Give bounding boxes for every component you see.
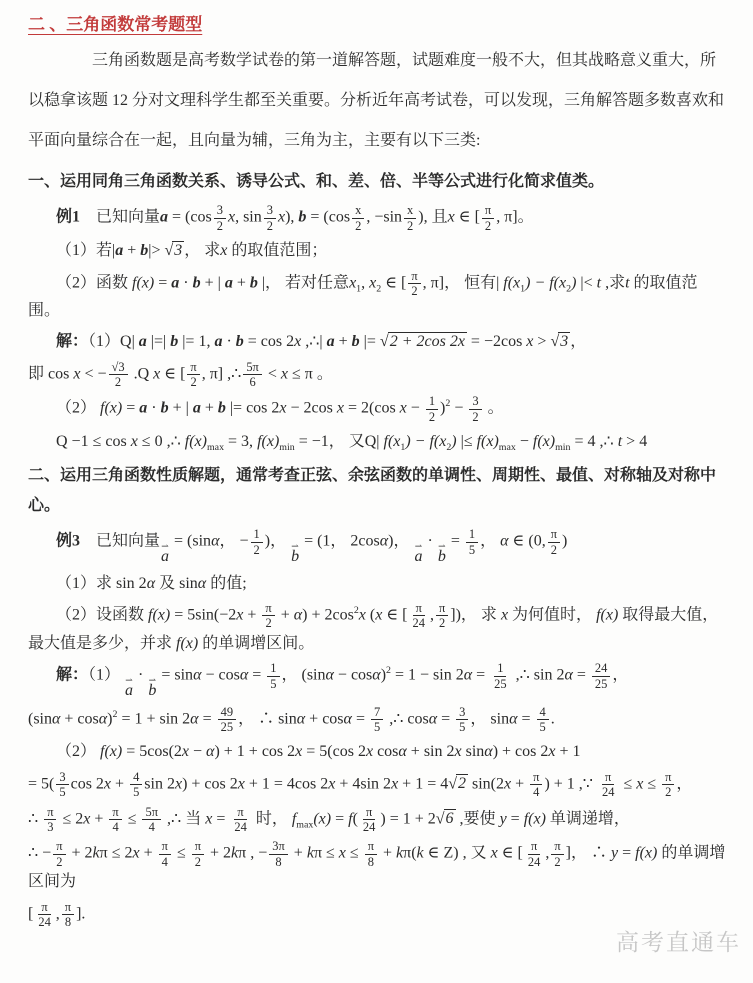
example3-solution2a: （2） f(x) = 5cos(2x − α) + 1 + cos 2x = 5…	[28, 739, 727, 765]
page-title: 二 、三角函数常考题型	[28, 10, 727, 35]
example1-question2: （2）函数 f(x) = a · b + | a + b |， 若对任意x1, …	[28, 269, 727, 324]
example3-solution1b: (sinα + cosα)2 = 1 + sin 2α = 4925， ∴ si…	[28, 705, 727, 735]
example1-solution1a: 解：（1）Q| a |=| b |= 1, a · b = cos 2x ,∴|…	[28, 329, 727, 355]
example1-question1: （1）若|a + b|> √3， 求x 的取值范围；	[28, 238, 727, 264]
example3-solution2c: ∴ π3 ≤ 2x + π4 ≤ 5π4 ,∴ 当 x = π24 时， fma…	[28, 805, 727, 835]
example3-question1: （1）求 sin 2α 及 sinα 的值;	[28, 571, 727, 597]
section1-heading: 一、运用同角三角函数关系、诱导公式、和、差、倍、半等公式进行化简求值类。	[28, 167, 727, 197]
document-page: 二 、三角函数常考题型 三角函数题是高考数学试卷的第一道解答题，试题难度一般不大…	[0, 0, 753, 983]
example3-statement: 例3 已知向量⇀a = (sinα， −12)， ⇀b = (1， 2cosα)…	[28, 527, 727, 565]
watermark: 高考直通车	[616, 924, 741, 957]
example1-solution2a: （2） f(x) = a · b + | a + b |= cos 2x − 2…	[28, 394, 727, 424]
example3-solution2b: = 5(35cos 2x + 45sin 2x) + cos 2x + 1 = …	[28, 770, 727, 800]
section2-heading: 二、运用三角函数性质解题，通常考查正弦、余弦函数的单调性、周期性、最值、对称轴及…	[28, 461, 727, 522]
example3-solution2d: ∴ −π2 + 2kπ ≤ 2x + π4 ≤ π2 + 2kπ , −3π8 …	[28, 839, 727, 894]
example1-solution1b: 即 cos x < −√32 .Q x ∈ [π2, π] ,∴5π6 < x …	[28, 360, 727, 390]
example1-statement: 例1 已知向量a = (cos32x, sin32x), b = (cosx2,…	[28, 203, 727, 233]
example3-question2: （2）设函数 f(x) = 5sin(−2x + π2 + α) + 2cos2…	[28, 601, 727, 656]
intro-paragraph: 三角函数题是高考数学试卷的第一道解答题，试题难度一般不大，但其战略意义重大，所以…	[28, 41, 727, 161]
example3-solution1a: 解：（1） ⇀a · ⇀b = sinα − cosα = 15， (sinα …	[28, 661, 727, 699]
example1-solution2b: Q −1 ≤ cos x ≤ 0 ,∴ f(x)max = 3, f(x)min…	[28, 429, 727, 455]
